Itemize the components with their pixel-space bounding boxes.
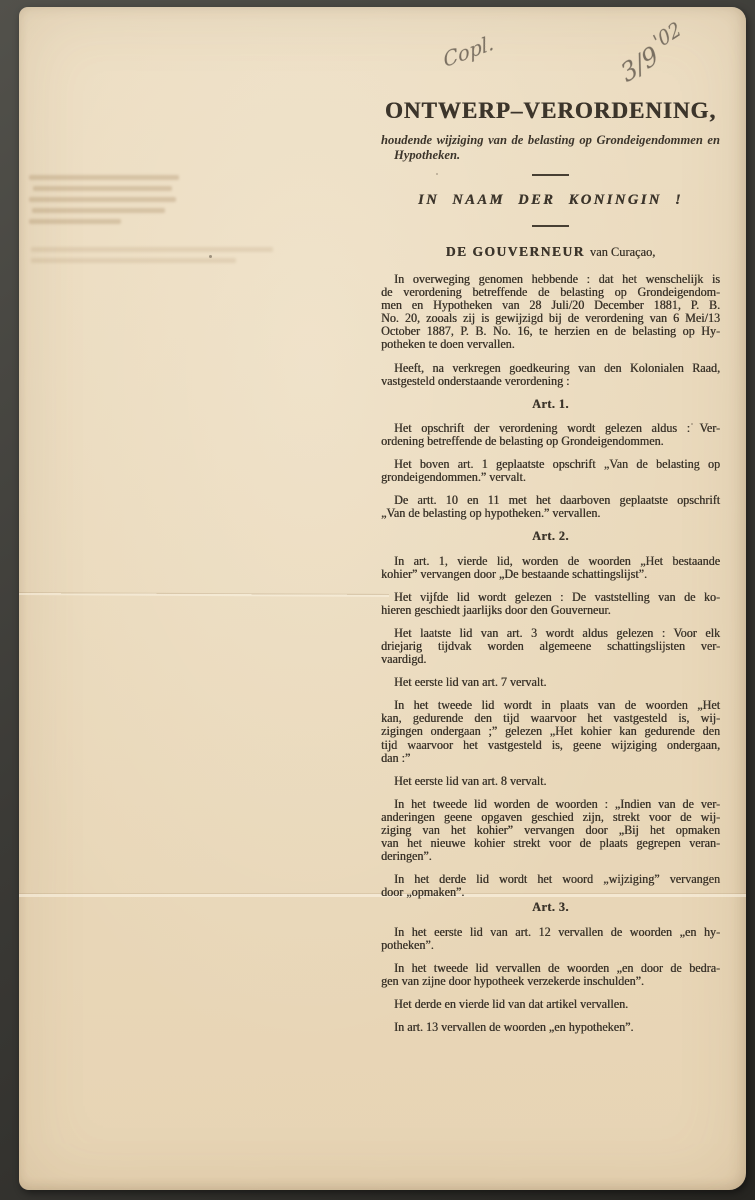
text-line: ordening betreffende de belasting op Gro…	[381, 435, 720, 448]
text-line: driejarig tijdvak worden algemeene schat…	[381, 640, 720, 653]
paragraph: Het derde en vierde lid van dat artikel …	[381, 998, 720, 1011]
subtitle-line: Hypotheken.	[381, 148, 720, 163]
text-column: ONTWERP–VERORDENING, houdende wijziging …	[381, 98, 720, 1044]
text-line: door „opmaken”.	[381, 886, 720, 899]
text-line: gen van zijne door hypotheek verzekerde …	[381, 975, 720, 988]
fold-crease	[19, 592, 389, 597]
article-heading: Art. 2.	[381, 530, 720, 543]
paragraph: In het eerste lid van art. 12 vervallen …	[381, 926, 720, 952]
text-line: Het eerste lid van art. 8 vervalt.	[381, 775, 720, 788]
paragraph: Het eerste lid van art. 8 vervalt.	[381, 775, 720, 788]
divider-rule	[532, 174, 569, 176]
document-page: Copl. 3/9'02 ONTWERP–VERORDENING, houden…	[19, 7, 746, 1190]
show-through-text	[29, 175, 184, 230]
article-heading: Art. 1.	[381, 398, 720, 411]
paragraph: Het eerste lid van art. 7 vervalt.	[381, 676, 720, 689]
document-subtitle: houdende wijziging van de belasting op G…	[381, 133, 720, 163]
article-heading: Art. 3.	[381, 901, 720, 914]
text-line: hieren geschiedt jaarlijks door den Gouv…	[381, 604, 720, 617]
text-line: „Van de belasting op hypotheken.” verval…	[381, 507, 720, 520]
text-line: Het derde en vierde lid van dat artikel …	[381, 998, 720, 1011]
text-line: Het laatste lid van art. 3 wordt aldus g…	[381, 627, 720, 640]
text-line: Het vijfde lid wordt gelezen : De vastst…	[381, 591, 720, 604]
paper-speck	[209, 255, 212, 258]
text-line: dan :”	[381, 752, 720, 765]
text-line: zigingen ondergaan ;” gelezen „Het kohie…	[381, 725, 720, 738]
salutation-place: van Curaçao,	[590, 245, 655, 259]
paragraph: Het boven art. 1 geplaatste opschrift „V…	[381, 458, 720, 484]
salutation: DE GOUVERNEURvan Curaçao,	[381, 244, 720, 260]
paragraph: In het tweede lid worden de woorden : „I…	[381, 798, 720, 863]
paragraph: Het laatste lid van art. 3 wordt aldus g…	[381, 627, 720, 666]
paragraph: In het derde lid wordt het woord „wijzig…	[381, 873, 720, 899]
text-line: deringen”.	[381, 850, 720, 863]
text-line: In het tweede lid vervallen de woorden „…	[381, 962, 720, 975]
paragraph: Heeft, na verkregen goedkeuring van den …	[381, 362, 720, 388]
show-through-text	[31, 247, 281, 269]
royal-motto: IN NAAM DER KONINGIN !	[381, 191, 720, 209]
divider-rule	[532, 225, 569, 227]
text-line: In art. 13 vervallen de woorden „en hypo…	[381, 1021, 720, 1034]
text-line: tijd waarvoor het vastgesteld is, geene …	[381, 739, 720, 752]
paragraph: In overweging genomen hebbende : dat het…	[381, 273, 720, 352]
text-line: potheken”.	[381, 939, 720, 952]
text-line: kohier” vervangen door „De bestaande sch…	[381, 568, 720, 581]
text-line: Het eerste lid van art. 7 vervalt.	[381, 676, 720, 689]
text-line: grondeigendommen.” vervalt.	[381, 471, 720, 484]
text-line: vastgesteld onderstaande verordening :	[381, 375, 720, 388]
paragraph: In het tweede lid vervallen de woorden „…	[381, 962, 720, 988]
text-line: potheken te doen vervallen.	[381, 338, 720, 351]
paragraph: Het vijfde lid wordt gelezen : De vastst…	[381, 591, 720, 617]
paragraph: De artt. 10 en 11 met het daarboven gepl…	[381, 494, 720, 520]
text-line: In het eerste lid van art. 12 vervallen …	[381, 926, 720, 939]
paragraph: In art. 13 vervallen de woorden „en hypo…	[381, 1021, 720, 1034]
text-line: In het tweede lid worden de woorden : „I…	[381, 798, 720, 811]
document-title: ONTWERP–VERORDENING,	[381, 98, 720, 124]
subtitle-line: houdende wijziging van de belasting op G…	[381, 133, 720, 148]
document-body: In overweging genomen hebbende : dat het…	[381, 273, 720, 1034]
text-line: Het opschrift der verordening wordt gele…	[381, 422, 720, 435]
pencil-date-year: '02	[650, 18, 685, 54]
pencil-annotation-copl: Copl.	[441, 30, 495, 72]
pencil-annotation-date: 3/9'02	[616, 23, 690, 89]
text-line: In art. 1, vierde lid, worden de woorden…	[381, 555, 720, 568]
paragraph: Het opschrift der verordening wordt gele…	[381, 422, 720, 448]
salutation-governor: DE GOUVERNEUR	[446, 244, 585, 259]
text-line: vaardigd.	[381, 653, 720, 666]
text-line: Heeft, na verkregen goedkeuring van den …	[381, 362, 720, 375]
paragraph: In het tweede lid wordt in plaats van de…	[381, 699, 720, 764]
paragraph: In art. 1, vierde lid, worden de woorden…	[381, 555, 720, 581]
